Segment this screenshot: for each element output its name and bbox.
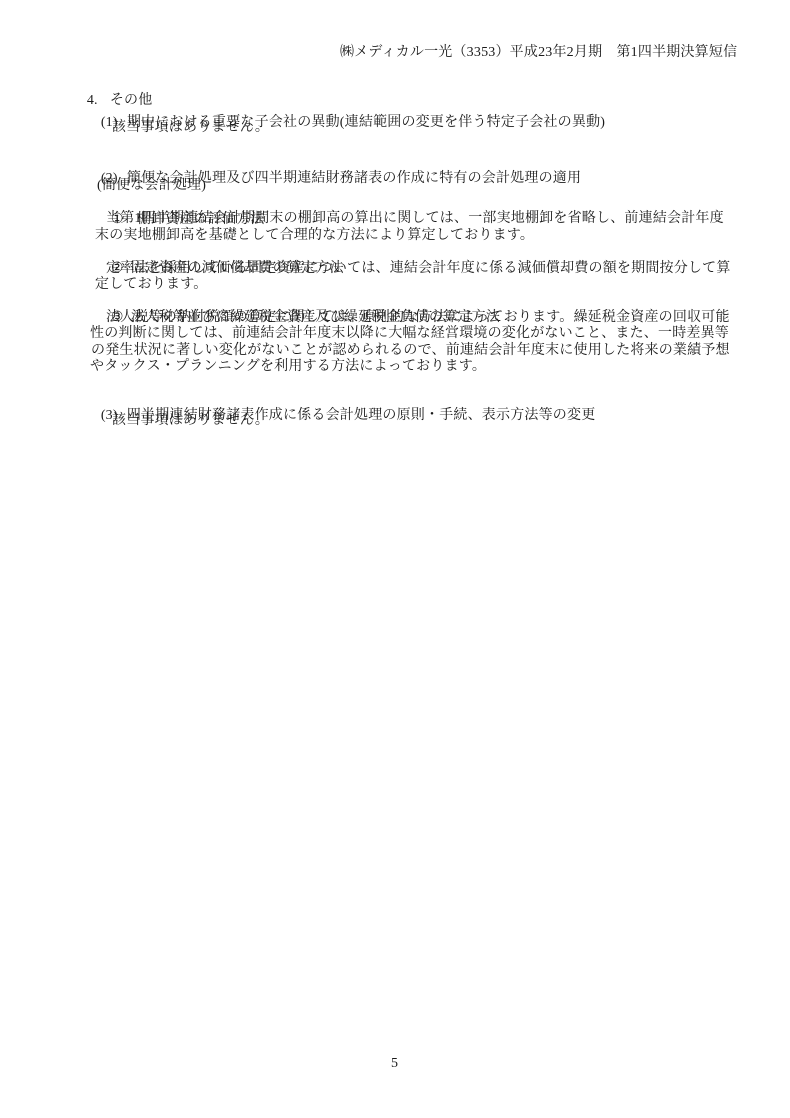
item-2-subheading: (簡便な会計処理) (97, 177, 206, 194)
document-header: ㈱メディカル一光（3353）平成23年2月期 第1四半期決算短信 (340, 44, 737, 61)
method-2-text-line-2: 定しております。 (95, 276, 207, 293)
document-page: ㈱メディカル一光（3353）平成23年2月期 第1四半期決算短信 4.その他 (… (0, 0, 790, 1118)
page-number: 5 (391, 1055, 398, 1072)
method-1-text-line-2: 末の実地棚卸高を基礎として合理的な方法により算定しております。 (95, 227, 534, 244)
method-2-text-line-1: 定率法を採用している固定資産については、連結会計年度に係る減価償却費の額を期間按… (106, 260, 731, 277)
method-3-text-line-3: の発生状況に著しい変化がないことが認められるので、前連結会計年度末に使用した将来… (91, 342, 730, 359)
item-1-body: 該当事項はありません。 (112, 119, 269, 136)
method-1-text-line-1: 当第1四半期連結会計期間末の棚卸高の算出に関しては、一部実地棚卸を省略し、前連結… (106, 210, 724, 227)
method-3-text-line-2: 性の判断に関しては、前連結会計年度末以降に大幅な経営環境の変化がないこと、また、… (90, 325, 729, 342)
method-3-text-line-4: やタックス・プランニングを利用する方法によっております。 (90, 358, 486, 375)
method-3-text-line-1: 法人税等の納付税額の算定に関しては、原則的な方法によっております。繰延税金資産の… (106, 309, 730, 326)
item-3-body: 該当事項はありません。 (112, 412, 269, 429)
